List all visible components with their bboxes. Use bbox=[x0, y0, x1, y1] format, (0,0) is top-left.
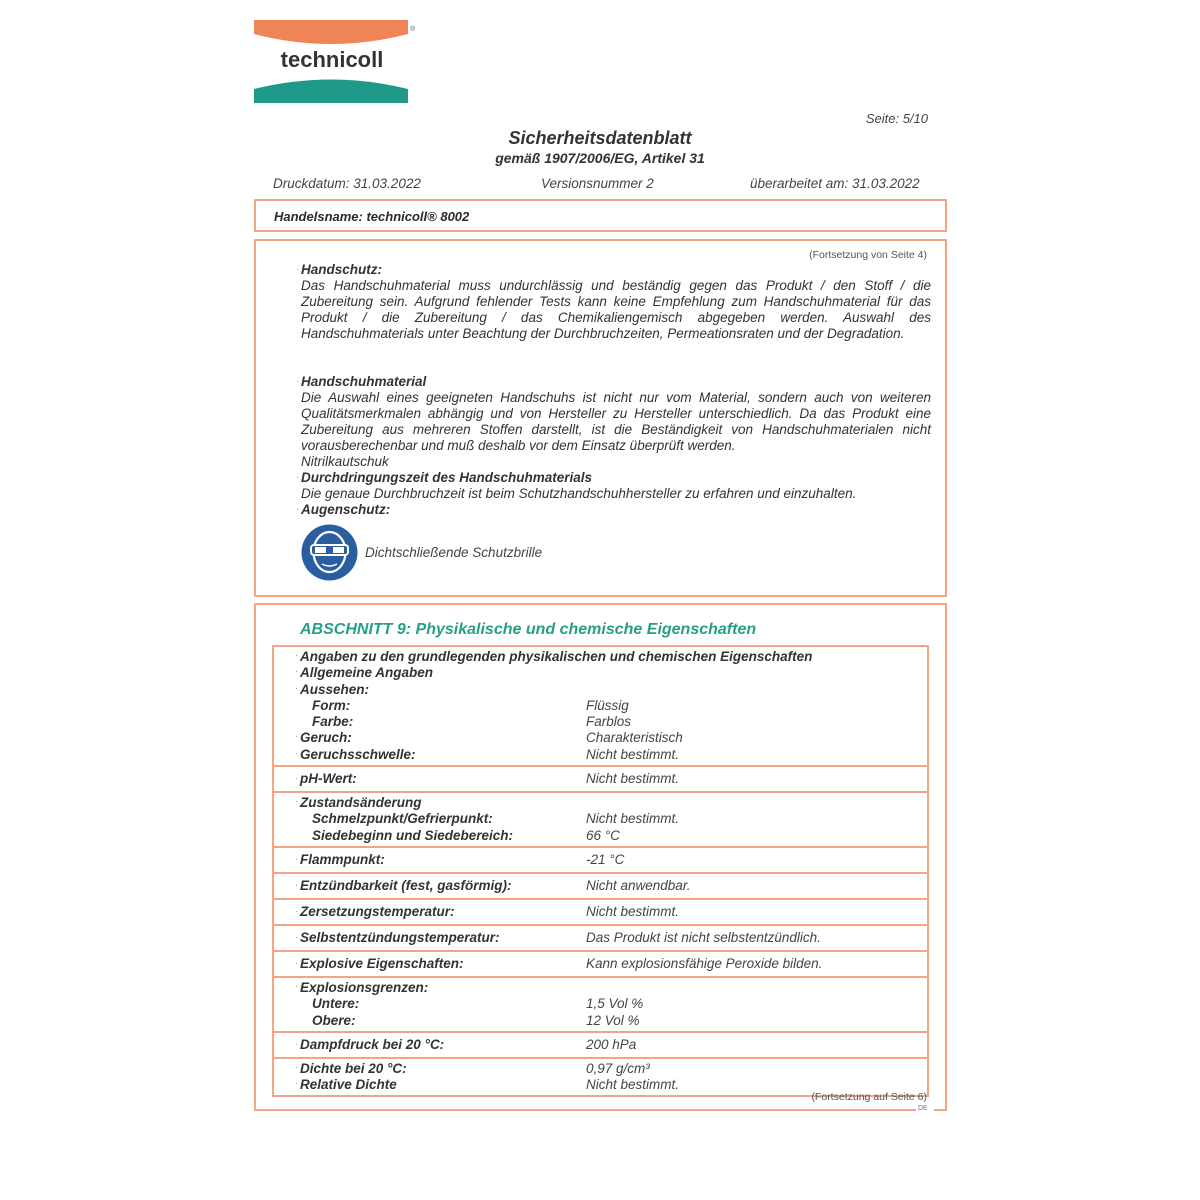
property-group: ·Explosive Eigenschaften:Kann explosions… bbox=[274, 952, 927, 978]
hand-protection: · Handschutz: Das Handschuhmaterial muss… bbox=[301, 262, 931, 342]
glove-material: · Handschuhmaterial Die Auswahl eines ge… bbox=[301, 374, 931, 470]
property-row: Obere:12 Vol % bbox=[274, 1013, 927, 1029]
property-row: Farbe:Farblos bbox=[274, 714, 927, 730]
property-value: Farblos bbox=[586, 714, 631, 729]
property-row: ·Selbstentzündungstemperatur:Das Produkt… bbox=[274, 928, 927, 948]
property-group: ·Dichte bei 20 °C:0,97 g/cm³·Relative Di… bbox=[274, 1059, 927, 1096]
property-row: ·Dampfdruck bei 20 °C:200 hPa bbox=[274, 1035, 927, 1055]
property-value: Charakteristisch bbox=[586, 730, 683, 745]
property-label: Dampfdruck bei 20 °C: bbox=[300, 1035, 444, 1055]
property-label: Zersetzungstemperatur: bbox=[300, 902, 455, 922]
property-label: pH-Wert: bbox=[300, 769, 357, 789]
property-label: Entzündbarkeit (fest, gasförmig): bbox=[300, 876, 512, 896]
bullet-dot: · bbox=[295, 683, 298, 694]
section-9-bottom-rule-end bbox=[934, 1109, 947, 1111]
property-value: Das Produkt ist nicht selbstentzündlich. bbox=[586, 928, 821, 948]
property-label: Schmelzpunkt/Gefrierpunkt: bbox=[312, 811, 493, 826]
safety-goggles-icon bbox=[301, 524, 358, 581]
property-group: ·Flammpunkt:-21 °C bbox=[274, 848, 927, 874]
property-group: ·Entzündbarkeit (fest, gasförmig):Nicht … bbox=[274, 874, 927, 900]
property-row: ·Geruch:Charakteristisch bbox=[274, 730, 927, 746]
property-label: Geruch: bbox=[300, 730, 352, 745]
continued-from: (Fortsetzung von Seite 4) bbox=[809, 249, 927, 261]
property-row: Schmelzpunkt/Gefrierpunkt:Nicht bestimmt… bbox=[274, 811, 927, 827]
properties-table: ·Angaben zu den grundlegenden physikalis… bbox=[272, 645, 929, 1097]
property-label: Relative Dichte bbox=[300, 1077, 397, 1092]
bullet-dot: · bbox=[295, 902, 298, 922]
eye-protection: · Augenschutz: bbox=[301, 502, 931, 518]
bullet-dot: · bbox=[295, 731, 298, 742]
property-label: Allgemeine Angaben bbox=[300, 665, 433, 680]
property-value: Nicht bestimmt. bbox=[586, 1077, 679, 1092]
hand-protection-text: Das Handschuhmaterial muss undurchlässig… bbox=[301, 278, 931, 341]
page-number: Seite: 5/10 bbox=[866, 111, 928, 126]
property-value: Kann explosionsfähige Peroxide bilden. bbox=[586, 954, 822, 974]
eye-protection-heading: Augenschutz: bbox=[301, 502, 931, 518]
property-group: ·Zersetzungstemperatur:Nicht bestimmt. bbox=[274, 900, 927, 926]
bullet-dot: · bbox=[295, 954, 298, 974]
property-label: Selbstentzündungstemperatur: bbox=[300, 928, 500, 948]
section-9-title: ABSCHNITT 9: Physikalische und chemische… bbox=[300, 621, 756, 639]
version-number: Versionsnummer 2 bbox=[541, 176, 654, 191]
property-row: ·Angaben zu den grundlegenden physikalis… bbox=[274, 649, 927, 665]
bullet-dot: · bbox=[295, 876, 298, 896]
property-row: Untere:1,5 Vol % bbox=[274, 996, 927, 1012]
property-row: ·Explosive Eigenschaften:Kann explosions… bbox=[274, 954, 927, 974]
property-label: Siedebeginn und Siedebereich: bbox=[312, 828, 513, 843]
hand-protection-heading: Handschutz: bbox=[301, 262, 931, 278]
glove-material-heading: Handschuhmaterial bbox=[301, 374, 931, 390]
svg-text:technicoll: technicoll bbox=[281, 47, 384, 72]
language-code: DE bbox=[918, 1105, 928, 1112]
property-label: Explosive Eigenschaften: bbox=[300, 954, 464, 974]
property-label: Flammpunkt: bbox=[300, 850, 385, 870]
penetration-time-heading: Durchdringungszeit des Handschuhmaterial… bbox=[301, 470, 931, 486]
bullet-dot: · bbox=[295, 1078, 298, 1089]
property-value: Nicht bestimmt. bbox=[586, 747, 679, 762]
property-row: Form:Flüssig bbox=[274, 698, 927, 714]
property-value: Nicht bestimmt. bbox=[586, 811, 679, 826]
property-row: ·Allgemeine Angaben bbox=[274, 665, 927, 681]
property-label: Farbe: bbox=[312, 714, 353, 729]
property-group: ·pH-Wert:Nicht bestimmt. bbox=[274, 767, 927, 793]
print-date: Druckdatum: 31.03.2022 bbox=[273, 176, 421, 191]
bullet-dot: · bbox=[295, 748, 298, 759]
bullet-dot: · bbox=[295, 850, 298, 870]
document-subtitle: gemäß 1907/2006/EG, Artikel 31 bbox=[0, 150, 1200, 166]
property-value: 200 hPa bbox=[586, 1035, 636, 1055]
property-row: ·Aussehen: bbox=[274, 682, 927, 698]
property-row: ·Geruchsschwelle:Nicht bestimmt. bbox=[274, 747, 927, 763]
property-row: ·Dichte bei 20 °C:0,97 g/cm³ bbox=[274, 1061, 927, 1077]
property-value: 0,97 g/cm³ bbox=[586, 1061, 650, 1076]
bullet-dot: · bbox=[295, 1035, 298, 1055]
property-row: ·Entzündbarkeit (fest, gasförmig):Nicht … bbox=[274, 876, 927, 896]
trade-name-box: Handelsname: technicoll® 8002 bbox=[254, 199, 947, 232]
property-row: Siedebeginn und Siedebereich:66 °C bbox=[274, 828, 927, 844]
property-group: ·ZustandsänderungSchmelzpunkt/Gefrierpun… bbox=[274, 793, 927, 848]
property-label: Explosionsgrenzen: bbox=[300, 980, 428, 995]
property-value: 12 Vol % bbox=[586, 1013, 640, 1028]
bullet-dot: · bbox=[295, 769, 298, 789]
property-row: ·Flammpunkt:-21 °C bbox=[274, 850, 927, 870]
property-group: ·Selbstentzündungstemperatur:Das Produkt… bbox=[274, 926, 927, 952]
property-group: ·Dampfdruck bei 20 °C:200 hPa bbox=[274, 1033, 927, 1059]
property-row: ·Zersetzungstemperatur:Nicht bestimmt. bbox=[274, 902, 927, 922]
eye-protection-label: Dichtschließende Schutzbrille bbox=[365, 545, 542, 560]
section-9: ABSCHNITT 9: Physikalische und chemische… bbox=[254, 603, 947, 1111]
property-value: Nicht bestimmt. bbox=[586, 902, 679, 922]
registered-mark: ® bbox=[410, 26, 415, 33]
property-value: Nicht bestimmt. bbox=[586, 769, 679, 789]
property-label: Geruchsschwelle: bbox=[300, 747, 416, 762]
revision-date: überarbeitet am: 31.03.2022 bbox=[750, 176, 920, 191]
property-label: Dichte bei 20 °C: bbox=[300, 1061, 407, 1076]
property-row: ·Zustandsänderung bbox=[274, 795, 927, 811]
section-9-bottom-rule bbox=[254, 1109, 916, 1111]
property-value: -21 °C bbox=[586, 850, 624, 870]
technicoll-logo: technicoll bbox=[254, 20, 410, 103]
bullet-dot: · bbox=[295, 981, 298, 992]
property-value: 1,5 Vol % bbox=[586, 996, 643, 1011]
glove-material-text: Die Auswahl eines geeigneten Handschuhs … bbox=[301, 390, 931, 453]
section-8-continued: (Fortsetzung von Seite 4) · Handschutz: … bbox=[254, 239, 947, 597]
property-row: ·Explosionsgrenzen: bbox=[274, 980, 927, 996]
continued-on: (Fortsetzung auf Seite 6) bbox=[811, 1091, 927, 1103]
bullet-dot: · bbox=[295, 650, 298, 661]
trade-name: Handelsname: technicoll® 8002 bbox=[274, 209, 469, 224]
property-label: Zustandsänderung bbox=[300, 795, 422, 810]
property-label: Angaben zu den grundlegenden physikalisc… bbox=[300, 649, 812, 664]
property-value: Flüssig bbox=[586, 698, 629, 713]
property-row: ·pH-Wert:Nicht bestimmt. bbox=[274, 769, 927, 789]
property-value: Nicht anwendbar. bbox=[586, 876, 691, 896]
property-label: Obere: bbox=[312, 1013, 356, 1028]
property-group: ·Angaben zu den grundlegenden physikalis… bbox=[274, 647, 927, 767]
penetration-time-text: Die genaue Durchbruchzeit ist beim Schut… bbox=[301, 486, 856, 501]
glove-material-value: Nitrilkautschuk bbox=[301, 454, 931, 470]
property-value: 66 °C bbox=[586, 828, 620, 843]
property-label: Untere: bbox=[312, 996, 359, 1011]
document-title: Sicherheitsdatenblatt bbox=[0, 128, 1200, 149]
property-label: Aussehen: bbox=[300, 682, 369, 697]
bullet-dot: · bbox=[295, 796, 298, 807]
bullet-dot: · bbox=[295, 1062, 298, 1073]
property-group: ·Explosionsgrenzen:Untere:1,5 Vol %Obere… bbox=[274, 978, 927, 1033]
bullet-dot: · bbox=[295, 928, 298, 948]
property-label: Form: bbox=[312, 698, 350, 713]
bullet-dot: · bbox=[295, 666, 298, 677]
penetration-time: · Durchdringungszeit des Handschuhmateri… bbox=[301, 470, 931, 502]
